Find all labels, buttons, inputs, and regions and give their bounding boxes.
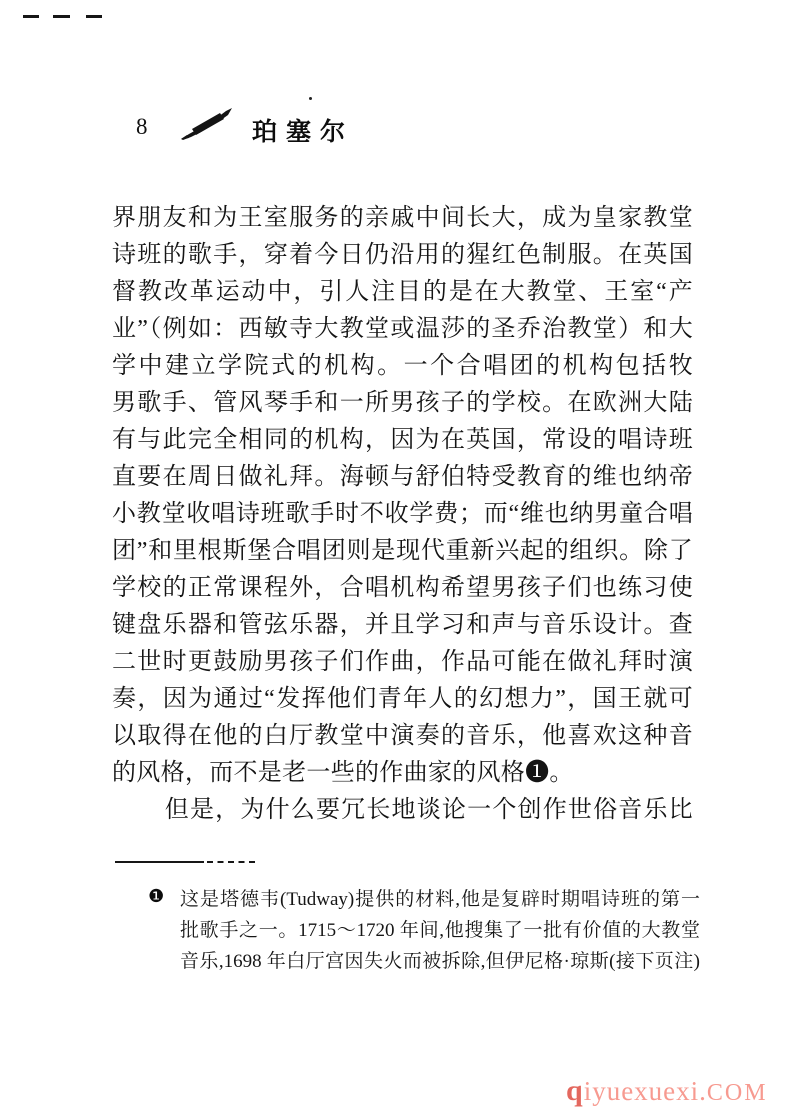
footnote: ❶ 这是塔德韦(Tudway)提供的材料,他是复辟时期唱诗班的第一 批歌手之一。… [148,884,700,977]
book-title: 珀塞尔 [252,112,354,148]
footnote-lines: 这是塔德韦(Tudway)提供的材料,他是复辟时期唱诗班的第一 批歌手之一。17… [180,884,700,977]
footnote-line: 批歌手之一。1715～1720 年间,他搜集了一批有价值的大教堂 [180,915,700,946]
body-line: 但是，为什么要冗长地谈论一个创作世俗音乐比宗 [112,792,693,829]
body-line: 小教堂收唱诗班歌手时不收学费；而“维也纳男童合唱 [112,496,693,533]
body-line: 奏，因为通过“发挥他们青年人的幻想力”，国王就可 [112,681,693,718]
body-line: 男歌手、管风琴手和一所男孩子的学校。在欧洲大陆没 [112,385,693,422]
body-line: 界朋友和为王室服务的亲戚中间长大，成为皇家教堂唱 [112,200,693,237]
scan-dot-artifact [309,97,312,100]
body-line: 团”和里根斯堡合唱团则是现代重新兴起的组织。除了 [112,533,693,570]
body-line: 直要在周日做礼拜。海顿与舒伯特受教育的维也纳帝国 [112,459,693,496]
watermark-q: q [566,1074,584,1107]
body-line: 学校的正常课程外，合唱机构希望男孩子们也练习使用 [112,570,693,607]
watermark-tld: COM [707,1080,768,1106]
watermark-dot: . [699,1076,707,1106]
page-number: 8 [136,114,148,140]
footnote-divider [115,861,204,863]
body-line: 以取得在他的白厅教堂中演奏的音乐，他喜欢这种音乐 [112,718,693,755]
body-line: 的风格，而不是老一些的作曲家的风格❶。 [112,755,693,792]
body-line: 业”（例如：西敏寺大教堂或温莎的圣乔治教堂）和大 [112,311,693,348]
footnote-line: 音乐,1698 年白厅宫因失火而被拆除,但伊尼格·琼斯(接下页注) [180,946,700,977]
scan-mark [23,15,39,18]
site-watermark: qiyuexuexi.COM [566,1074,768,1108]
footnote-marker: ❶ [148,886,164,907]
scan-mark [86,15,102,18]
body-line: 有与此完全相同的机构，因为在英国，常设的唱诗班一 [112,422,693,459]
pen-icon [178,106,236,149]
body-line: 诗班的歌手，穿着今日仍沿用的猩红色制服。在英国基 [112,237,693,274]
body-text: 界朋友和为王室服务的亲戚中间长大，成为皇家教堂唱 诗班的歌手，穿着今日仍沿用的猩… [112,200,693,829]
body-line: 学中建立学院式的机构。一个合唱团的机构包括牧师、 [112,348,693,385]
scanned-page: 8 珀塞尔 界朋友和为王室服务的亲戚中间长大，成为皇家教堂唱 诗班的歌手，穿着今… [0,0,794,1120]
footnote-divider-dashes [207,861,255,863]
watermark-name: iyuexuexi [584,1076,699,1106]
body-line: 键盘乐器和管弦乐器，并且学习和声与音乐设计。查理 [112,607,693,644]
body-line: 督教改革运动中，引人注目的是在大教堂、王室“产 [112,274,693,311]
footnote-line: 这是塔德韦(Tudway)提供的材料,他是复辟时期唱诗班的第一 [180,884,700,915]
body-line: 二世时更鼓励男孩子们作曲，作品可能在做礼拜时演 [112,644,693,681]
scan-mark [53,15,70,18]
